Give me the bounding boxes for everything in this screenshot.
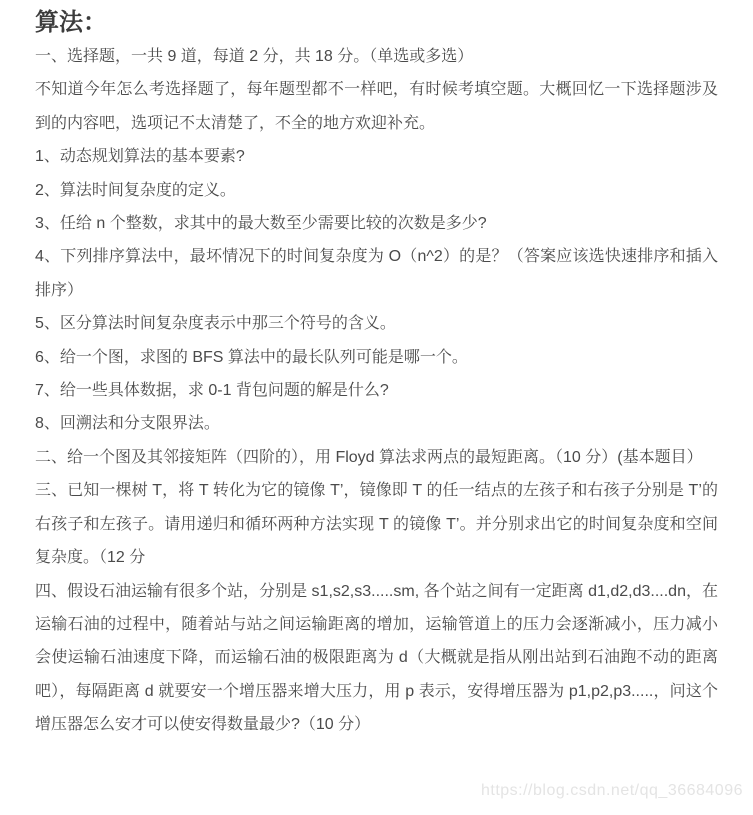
question-6: 6、给一个图，求图的 BFS 算法中的最长队列可能是哪一个。	[35, 341, 718, 374]
section-1-choice-questions: 一、选择题，一共 9 道，每道 2 分，共 18 分。（单选或多选）	[35, 40, 718, 73]
question-3: 3、任给 n 个整数，求其中的最大数至少需要比较的次数是多少?	[35, 207, 718, 240]
section-4-oil-transport-question: 四、假设石油运输有很多个站，分别是 s1,s2,s3.....sm, 各个站之间…	[35, 575, 718, 742]
question-7: 7、给一些具体数据，求 0-1 背包问题的解是什么?	[35, 374, 718, 407]
question-8: 8、回溯法和分支限界法。	[35, 407, 718, 440]
question-1: 1、动态规划算法的基本要素?	[35, 140, 718, 173]
question-5: 5、区分算法时间复杂度表示中那三个符号的含义。	[35, 307, 718, 340]
question-2: 2、算法时间复杂度的定义。	[35, 174, 718, 207]
page-title: 算法：	[35, 6, 718, 40]
csdn-blog-watermark: https://blog.csdn.net/qq_36684096	[481, 782, 743, 800]
intro-note: 不知道今年怎么考选择题了，每年题型都不一样吧，有时候考填空题。大概回忆一下选择题…	[35, 73, 718, 140]
section-3-tree-mirror-question: 三、已知一棵树 T，将 T 转化为它的镜像 T’，镜像即 T 的任一结点的左孩子…	[35, 474, 718, 574]
section-2-floyd-question: 二、给一个图及其邻接矩阵（四阶的），用 Floyd 算法求两点的最短距离。（10…	[35, 441, 718, 474]
article-body: 算法： 一、选择题，一共 9 道，每道 2 分，共 18 分。（单选或多选） 不…	[0, 0, 753, 742]
question-4: 4、下列排序算法中，最坏情况下的时间复杂度为 O（n^2）的是？（答案应该选快速…	[35, 240, 718, 307]
